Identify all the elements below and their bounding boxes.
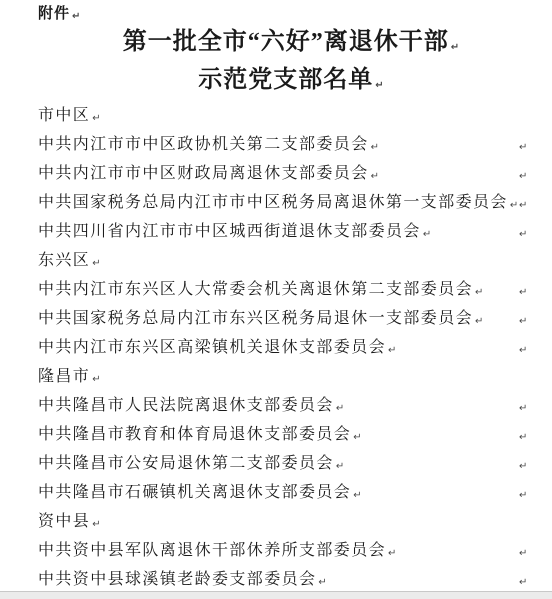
paragraph-mark-icon: ↵ bbox=[353, 432, 361, 443]
list-item-text: 中共内江市市中区财政局离退休支部委员会 bbox=[38, 165, 369, 182]
section-header-text: 资中县 bbox=[38, 513, 90, 530]
paragraph-mark-icon: ↵ bbox=[423, 229, 431, 240]
right-margin-paragraph-mark-icon: ↵ bbox=[519, 191, 527, 220]
document-page: 附件↵ 第一批全市“六好”离退休干部↵ 示范党支部名单↵ 市中区↵中共内江市市中… bbox=[0, 0, 552, 599]
list-item: 中共资中县球溪镇老龄委支部委员会↵↵ bbox=[38, 565, 552, 594]
list-item-text: 中共资中县军队离退休干部休养所支部委员会 bbox=[38, 542, 386, 559]
paragraph-mark-icon: ↵ bbox=[92, 374, 100, 385]
section-header-text: 隆昌市 bbox=[38, 368, 90, 385]
list-item: 中共隆昌市人民法院离退休支部委员会↵↵ bbox=[38, 391, 552, 420]
list-item-text: 中共国家税务总局内江市东兴区税务局退休一支部委员会 bbox=[38, 310, 473, 327]
list-item: 中共隆昌市教育和体育局退休支部委员会↵↵ bbox=[38, 420, 552, 449]
list-item-text: 中共国家税务总局内江市市中区税务局离退休第一支部委员会 bbox=[38, 194, 508, 211]
paragraph-mark-icon: ↵ bbox=[371, 171, 379, 182]
paragraph-mark-icon: ↵ bbox=[451, 42, 459, 53]
list-item: 中共内江市东兴区高梁镇机关退休支部委员会↵↵ bbox=[38, 333, 552, 362]
section-header: 东兴区↵ bbox=[38, 246, 552, 275]
section-header-text: 东兴区 bbox=[38, 252, 90, 269]
attachment-label-text: 附件 bbox=[38, 6, 70, 22]
list-item: 中共资中县军队离退休干部休养所支部委员会↵↵ bbox=[38, 536, 552, 565]
list-item: 中共四川省内江市市中区城西街道退休支部委员会↵↵ bbox=[38, 217, 552, 246]
attachment-label: 附件↵ bbox=[38, 2, 80, 23]
right-margin-paragraph-mark-icon: ↵ bbox=[519, 539, 527, 568]
right-margin-paragraph-mark-icon: ↵ bbox=[519, 307, 527, 336]
right-margin-paragraph-mark-icon: ↵ bbox=[519, 481, 527, 510]
paragraph-mark-icon: ↵ bbox=[72, 11, 80, 22]
paragraph-mark-icon: ↵ bbox=[92, 519, 100, 530]
title-line-2: 示范党支部名单↵ bbox=[38, 64, 544, 102]
doc-lines: 市中区↵中共内江市市中区政协机关第二支部委员会↵↵中共内江市市中区财政局离退休支… bbox=[38, 101, 552, 594]
paragraph-mark-icon: ↵ bbox=[92, 113, 100, 124]
page-bottom-edge bbox=[0, 591, 552, 599]
paragraph-mark-icon: ↵ bbox=[388, 548, 396, 559]
list-item-text: 中共隆昌市石碾镇机关离退休支部委员会 bbox=[38, 484, 351, 501]
list-item-text: 中共内江市市中区政协机关第二支部委员会 bbox=[38, 136, 369, 153]
list-item: 中共隆昌市公安局退休第二支部委员会↵↵ bbox=[38, 449, 552, 478]
list-item: 中共内江市市中区财政局离退休支部委员会↵↵ bbox=[38, 159, 552, 188]
document-title: 第一批全市“六好”离退休干部↵ 示范党支部名单↵ bbox=[38, 26, 544, 102]
list-item-text: 中共资中县球溪镇老龄委支部委员会 bbox=[38, 571, 316, 588]
title-line-2-text: 示范党支部名单 bbox=[198, 67, 373, 93]
paragraph-mark-icon: ↵ bbox=[375, 80, 383, 91]
paragraph-mark-icon: ↵ bbox=[318, 577, 326, 588]
right-margin-paragraph-mark-icon: ↵ bbox=[519, 423, 527, 452]
paragraph-mark-icon: ↵ bbox=[336, 403, 344, 414]
list-item-text: 中共内江市东兴区人大常委会机关离退休第二支部委员会 bbox=[38, 281, 473, 298]
title-line-1-text: 第一批全市“六好”离退休干部 bbox=[123, 29, 449, 55]
paragraph-mark-icon: ↵ bbox=[371, 142, 379, 153]
paragraph-mark-icon: ↵ bbox=[510, 200, 518, 211]
right-margin-paragraph-mark-icon: ↵ bbox=[519, 278, 527, 307]
right-margin-paragraph-mark-icon: ↵ bbox=[519, 220, 527, 249]
section-header: 市中区↵ bbox=[38, 101, 552, 130]
section-header: 隆昌市↵ bbox=[38, 362, 552, 391]
paragraph-mark-icon: ↵ bbox=[336, 461, 344, 472]
list-item-text: 中共内江市东兴区高梁镇机关退休支部委员会 bbox=[38, 339, 386, 356]
right-margin-paragraph-mark-icon: ↵ bbox=[519, 133, 527, 162]
paragraph-mark-icon: ↵ bbox=[475, 316, 483, 327]
section-header-text: 市中区 bbox=[38, 107, 90, 124]
list-item: 中共隆昌市石碾镇机关离退休支部委员会↵↵ bbox=[38, 478, 552, 507]
paragraph-mark-icon: ↵ bbox=[475, 287, 483, 298]
right-margin-paragraph-mark-icon: ↵ bbox=[519, 336, 527, 365]
list-item: 中共国家税务总局内江市市中区税务局离退休第一支部委员会↵↵ bbox=[38, 188, 552, 217]
list-item-text: 中共四川省内江市市中区城西街道退休支部委员会 bbox=[38, 223, 421, 240]
list-item: 中共国家税务总局内江市东兴区税务局退休一支部委员会↵↵ bbox=[38, 304, 552, 333]
right-margin-paragraph-mark-icon: ↵ bbox=[519, 162, 527, 191]
list-item: 中共内江市市中区政协机关第二支部委员会↵↵ bbox=[38, 130, 552, 159]
right-margin-paragraph-mark-icon: ↵ bbox=[519, 394, 527, 423]
list-item-text: 中共隆昌市教育和体育局退休支部委员会 bbox=[38, 426, 351, 443]
list-item-text: 中共隆昌市公安局退休第二支部委员会 bbox=[38, 455, 334, 472]
list-item-text: 中共隆昌市人民法院离退休支部委员会 bbox=[38, 397, 334, 414]
paragraph-mark-icon: ↵ bbox=[92, 258, 100, 269]
paragraph-mark-icon: ↵ bbox=[353, 490, 361, 501]
title-line-1: 第一批全市“六好”离退休干部↵ bbox=[38, 26, 544, 64]
right-margin-paragraph-mark-icon: ↵ bbox=[519, 452, 527, 481]
section-header: 资中县↵ bbox=[38, 507, 552, 536]
list-item: 中共内江市东兴区人大常委会机关离退休第二支部委员会↵↵ bbox=[38, 275, 552, 304]
paragraph-mark-icon: ↵ bbox=[388, 345, 396, 356]
